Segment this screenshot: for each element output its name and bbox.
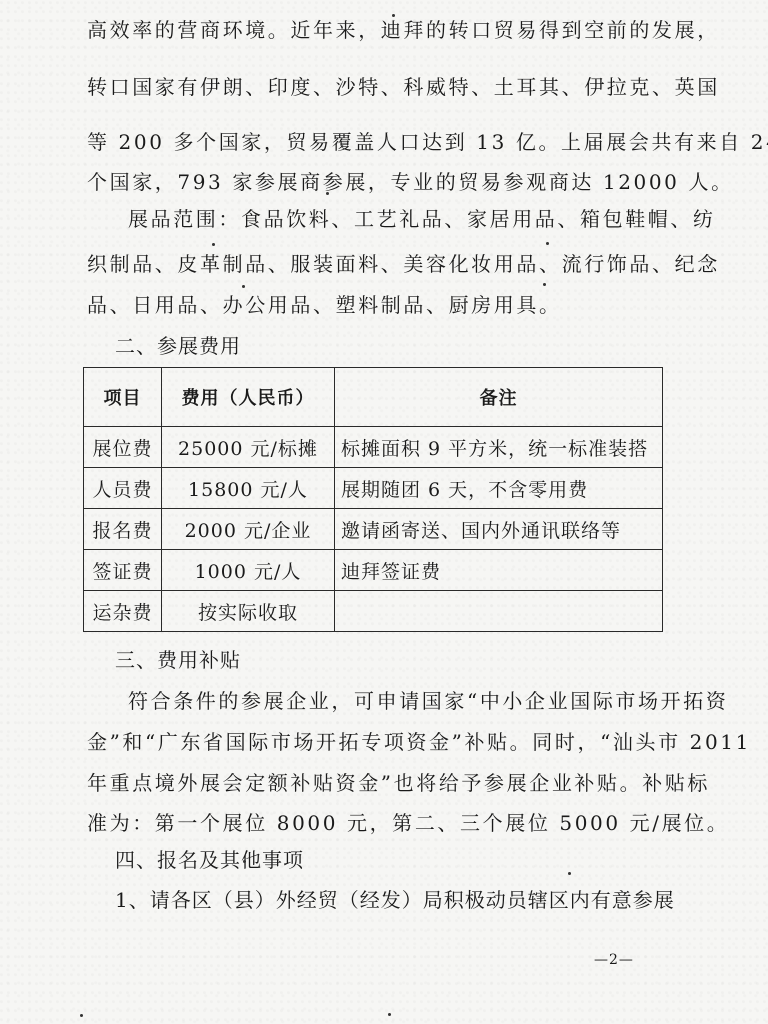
scan-speck — [80, 1014, 83, 1017]
section-heading-fees: 二、参展费用 — [115, 334, 241, 358]
intro-line-4: 个国家，793 家参展商参展，专业的贸易参观商达 12000 人。 — [87, 170, 734, 194]
scope-line-2: 织制品、皮革制品、服装面料、美容化妆用品、流行饰品、纪念 — [87, 252, 720, 276]
cell-fee: 1000 元/人 — [162, 550, 335, 591]
subsidy-line-1: 符合条件的参展企业，可申请国家“中小企业国际市场开拓资 — [128, 689, 728, 713]
cell-item: 签证费 — [84, 550, 162, 591]
scan-speck — [326, 192, 329, 195]
scan-speck — [568, 872, 571, 875]
page-number: —2— — [594, 952, 634, 968]
subsidy-line-2: 金”和“广东省国际市场开拓专项资金”补贴。同时，“汕头市 2011 — [87, 730, 751, 754]
section-heading-registration: 四、报名及其他事项 — [115, 848, 304, 872]
scan-speck — [388, 1013, 391, 1016]
cell-fee: 按实际收取 — [162, 591, 335, 632]
fee-table: 项目 费用（人民币） 备注 展位费 25000 元/标摊 标摊面积 9 平方米，… — [83, 367, 663, 632]
scan-speck — [212, 243, 215, 246]
cell-item: 人员费 — [84, 468, 162, 509]
cell-item: 展位费 — [84, 427, 162, 468]
cell-fee: 15800 元/人 — [162, 468, 335, 509]
scan-speck — [243, 860, 246, 863]
scope-line-1: 展品范围：食品饮料、工艺礼品、家居用品、箱包鞋帽、纺 — [128, 207, 716, 231]
cell-note: 标摊面积 9 平方米，统一标准装搭 — [335, 427, 663, 468]
subsidy-line-3: 年重点境外展会定额补贴资金”也将给予参展企业补贴。补贴标 — [87, 771, 710, 795]
registration-item-1: 1、请各区（县）外经贸（经发）局积极动员辖区内有意参展 — [115, 888, 675, 912]
intro-line-1: 高效率的营商环境。近年来，迪拜的转口贸易得到空前的发展， — [87, 18, 720, 42]
cell-note — [335, 591, 663, 632]
scan-speck — [546, 242, 549, 245]
intro-line-2: 转口国家有伊朗、印度、沙特、科威特、土耳其、伊拉克、英国 — [87, 75, 720, 99]
header-item: 项目 — [84, 368, 162, 427]
cell-note: 邀请函寄送、国内外通讯联络等 — [335, 509, 663, 550]
cell-fee: 25000 元/标摊 — [162, 427, 335, 468]
header-fee: 费用（人民币） — [162, 368, 335, 427]
table-row: 人员费 15800 元/人 展期随团 6 天，不含零用费 — [84, 468, 663, 509]
table-row: 展位费 25000 元/标摊 标摊面积 9 平方米，统一标准装搭 — [84, 427, 663, 468]
header-note: 备注 — [335, 368, 663, 427]
table-row: 运杂费 按实际收取 — [84, 591, 663, 632]
table-row: 报名费 2000 元/企业 邀请函寄送、国内外通讯联络等 — [84, 509, 663, 550]
document-page: 高效率的营商环境。近年来，迪拜的转口贸易得到空前的发展， 转口国家有伊朗、印度、… — [0, 0, 768, 1024]
table-row: 签证费 1000 元/人 迪拜签证费 — [84, 550, 663, 591]
scan-speck — [543, 283, 546, 286]
cell-fee: 2000 元/企业 — [162, 509, 335, 550]
subsidy-line-4: 准为：第一个展位 8000 元，第二、三个展位 5000 元/展位。 — [87, 811, 729, 835]
cell-item: 运杂费 — [84, 591, 162, 632]
cell-item: 报名费 — [84, 509, 162, 550]
intro-line-3: 等 200 多个国家，贸易覆盖人口达到 13 亿。上届展会共有来自 24 — [87, 130, 768, 154]
scope-line-3: 品、日用品、办公用品、塑料制品、厨房用具。 — [87, 293, 562, 317]
fee-table-header: 项目 费用（人民币） 备注 — [84, 368, 663, 427]
cell-note: 迪拜签证费 — [335, 550, 663, 591]
cell-note: 展期随团 6 天，不含零用费 — [335, 468, 663, 509]
section-heading-subsidy: 三、费用补贴 — [115, 648, 241, 672]
scan-speck — [242, 285, 245, 288]
scan-speck — [392, 14, 395, 17]
